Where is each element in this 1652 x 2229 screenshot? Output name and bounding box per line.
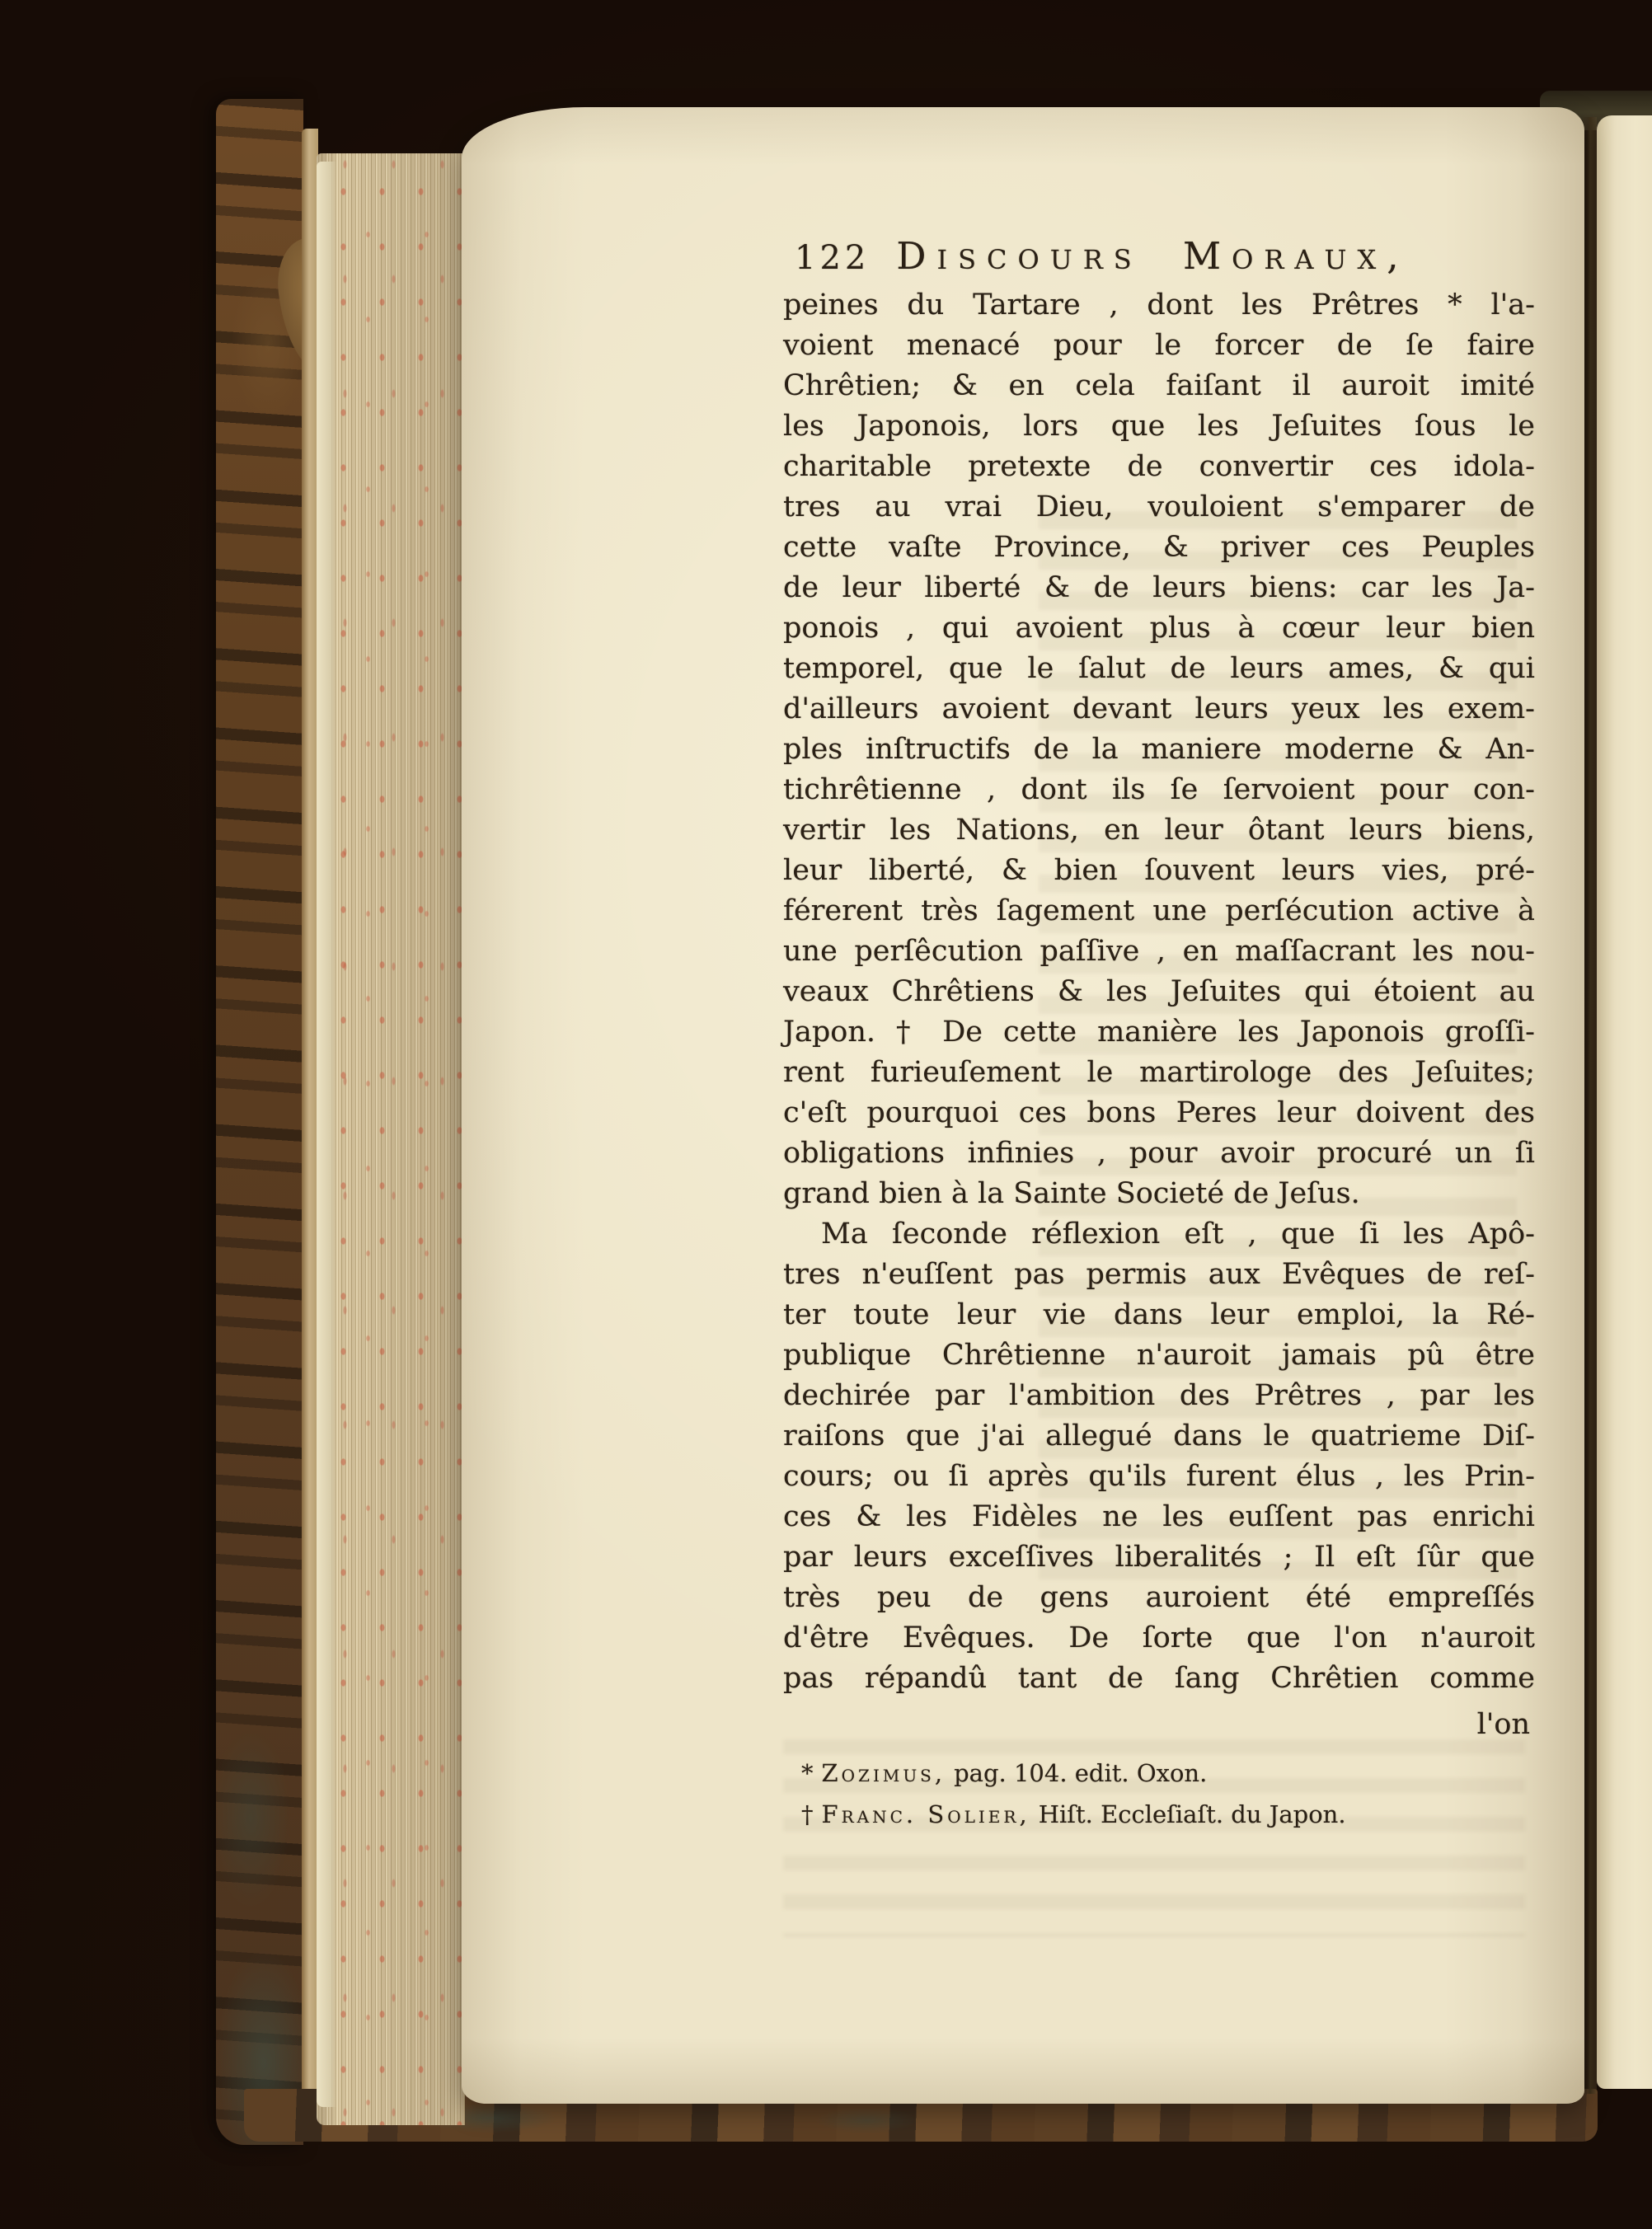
body-line: de leur liberté & de leurs biens: car le… [783,568,1535,608]
body-line: férerent très ſagement une perſécution a… [783,891,1535,931]
running-title: Discours Moraux, [896,234,1409,278]
body-line: grand bien à la Sainte Societé de Jeſus. [783,1174,1535,1214]
running-head: 122Discours Moraux, [783,234,1549,278]
footnote-text: Hiſt. Eccleſiaſt. du Japon. [1039,1800,1346,1828]
body-line: obligations infinies , pour avoir procur… [783,1133,1535,1174]
body-line: dechirée par l'ambition des Prêtres , pa… [783,1376,1535,1416]
body-line: tres au vrai Dieu, vouloient s'emparer d… [783,487,1535,528]
body-line: d'ailleurs avoient devant leurs yeux les… [783,689,1535,730]
cover-inner-edge [302,129,318,2130]
footnote: †Franc. Solier,Hiſt. Eccleſiaſt. du Japo… [783,1794,1546,1835]
footnotes: *Zozimus,pag. 104. edit. Oxon. †Franc. S… [783,1753,1546,1835]
body-line: tres n'euſſent pas permis aux Evêques de… [783,1255,1535,1295]
body-line: leur liberté, & bien ſouvent leurs vies,… [783,851,1535,891]
footnote-marker: † [801,1800,814,1828]
body-line: les Japonois, lors que les Jeſuites ſous… [783,406,1535,447]
body-line: ples inſtructifs de la maniere moderne &… [783,730,1535,770]
body-line: cours; ou ſi après qu'ils furent élus , … [783,1457,1535,1497]
first-leaves-sliver [317,162,336,2107]
facing-page-sliver [1597,115,1652,2089]
footnote-author: Franc. Solier, [822,1800,1030,1828]
body-line: publique Chrêtienne n'auroit jamais pû ê… [783,1335,1535,1376]
body-line: tichrêtienne , dont ils ſe ſervoient pou… [783,770,1535,810]
body-line: Japon. † De cette manière les Japonois g… [783,1012,1535,1053]
body-line: Ma ſeconde réflexion eſt , que ſi les Ap… [783,1214,1535,1255]
body-line: d'être Evêques. De ſorte que l'on n'auro… [783,1618,1535,1659]
body-line: peines du Tartare , dont les Prêtres * l… [783,285,1535,326]
body-line: par leurs exceſſives liberalités ; Il eſ… [783,1537,1535,1578]
footnote-text: pag. 104. edit. Oxon. [954,1759,1207,1787]
body-line: temporel, que le ſalut de leurs ames, & … [783,649,1535,689]
footnote: *Zozimus,pag. 104. edit. Oxon. [783,1753,1546,1794]
body-line: une perſêcution paſſive , en maſſacrant … [783,931,1535,972]
body-line: c'eſt pourquoi ces bons Peres leur doive… [783,1093,1535,1133]
body-line: voient menacé pour le forcer de ſe faire [783,326,1535,366]
body-line: pas répandû tant de ſang Chrêtien comme [783,1659,1535,1699]
photograph-of-open-book: 122Discours Moraux, peines du Tartare , … [0,0,1652,2229]
body-line: très peu de gens auroient été empreſſés [783,1578,1535,1618]
body-line: ces & les Fidèles ne les euſſent pas enr… [783,1497,1535,1537]
body-line: veaux Chrêtiens & les Jeſuites qui étoie… [783,972,1535,1012]
body-line: rent furieuſement le martirologe des Jeſ… [783,1053,1535,1093]
footnote-author: Zozimus, [822,1759,946,1787]
body-line: charitable pretexte de convertir ces ido… [783,447,1535,487]
body-line: raiſons que j'ai allegué dans le quatrie… [783,1416,1535,1457]
marbled-cover-edge [216,99,303,2145]
body-line: cette vaſte Province, & priver ces Peupl… [783,528,1535,568]
body-line: vertir les Nations, en leur ôtant leurs … [783,810,1535,851]
catchword: l'on [783,1708,1533,1741]
body-line: Chrêtien; & en cela faiſant il auroit im… [783,366,1535,406]
body-line: ponois , qui avoient plus à cœur leur bi… [783,608,1535,649]
body-text: peines du Tartare , dont les Prêtres * l… [783,285,1535,1699]
body-line: ter toute leur vie dans leur emploi, la … [783,1295,1535,1335]
page-number: 122 [795,239,870,277]
footnote-marker: * [801,1759,814,1787]
page-stack-fore-edge [317,153,465,2125]
